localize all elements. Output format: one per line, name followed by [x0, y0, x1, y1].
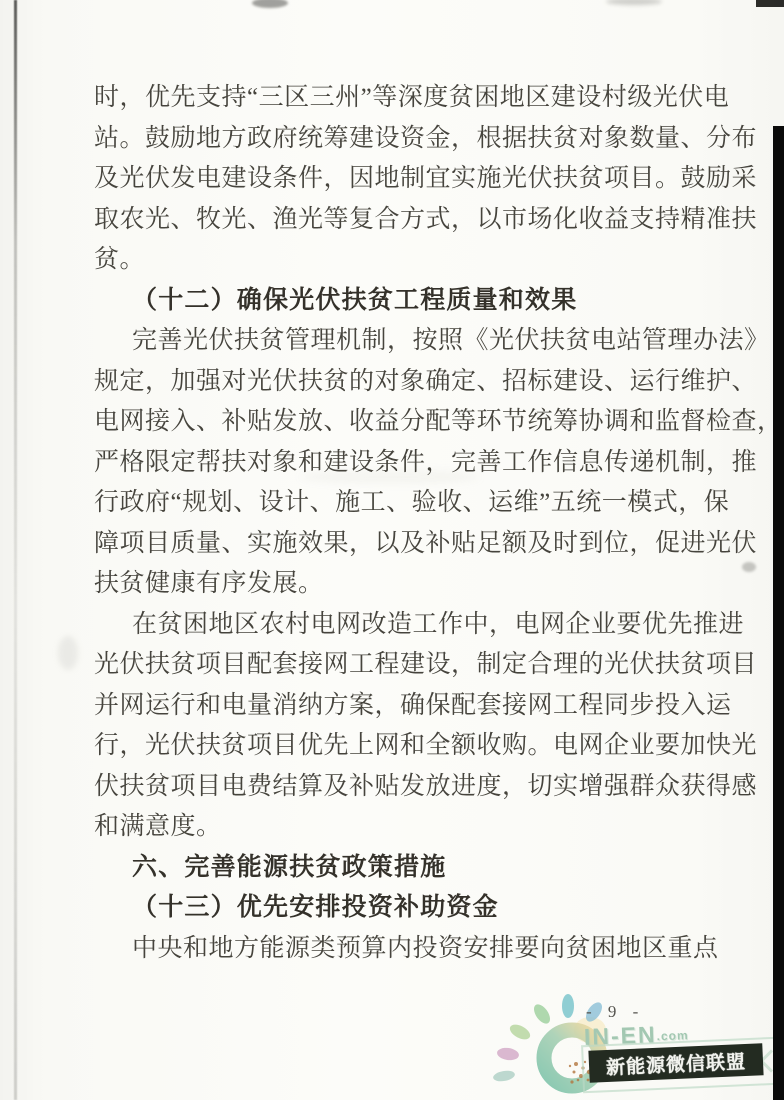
scan-smudge	[252, 0, 288, 8]
scanned-document-page: 时，优先支持“三区三州”等深度贫困地区建设村级光伏电站。鼓励地方政府统筹建设资金…	[0, 0, 784, 1100]
scan-smudge	[742, 562, 756, 572]
heading-line: （十三）优先安排投资补助资金	[94, 888, 718, 929]
text-line: 中央和地方能源类预算内投资安排要向贫困地区重点	[94, 929, 718, 970]
text-line: 光伏扶贫项目配套接网工程建设，制定合理的光伏扶贫项目	[94, 645, 718, 686]
text-line: 站。鼓励地方政府统筹建设资金，根据扶贫对象数量、分布	[94, 119, 718, 160]
scan-edge-strip	[773, 126, 784, 1100]
scan-smudge	[606, 0, 662, 5]
text-line: 伏扶贫项目电费结算及补贴发放进度，切实增强群众获得感	[94, 767, 718, 808]
text-line: 扶贫健康有序发展。	[94, 564, 718, 605]
text-line: 严格限定帮扶对象和建设条件，完善工作信息传递机制，推	[94, 443, 718, 484]
text-line: 和满意度。	[94, 807, 718, 848]
page-number: - 9 -	[586, 1002, 644, 1022]
text-line: 并网运行和电量消纳方案，确保配套接网工程同步投入运	[94, 686, 718, 727]
text-line: 电网接入、补贴发放、收益分配等环节统筹协调和监督检查，	[94, 402, 718, 443]
scan-smudge	[58, 636, 78, 670]
heading-line: （十二）确保光伏扶贫工程质量和效果	[94, 281, 718, 322]
text-line: 及光伏发电建设条件，因地制宜实施光伏扶贫项目。鼓励采	[94, 159, 718, 200]
document-text-block: 时，优先支持“三区三州”等深度贫困地区建设村级光伏电站。鼓励地方政府统筹建设资金…	[94, 78, 718, 969]
text-line: 完善光伏扶贫管理机制，按照《光伏扶贫电站管理办法》	[94, 321, 718, 362]
text-line: 取农光、牧光、渔光等复合方式，以市场化收益支持精准扶	[94, 200, 718, 241]
scan-edge-mark	[756, 0, 784, 7]
text-line: 时，优先支持“三区三州”等深度贫困地区建设村级光伏电	[94, 78, 718, 119]
text-line: 在贫困地区农村电网改造工作中，电网企业要优先推进	[94, 605, 718, 646]
text-line: 障项目质量、实施效果，以及补贴足额及时到位，促进光伏	[94, 524, 718, 565]
text-line: 行，光伏扶贫项目优先上网和全额收购。电网企业要加快光	[94, 726, 718, 767]
text-line: 贫。	[94, 240, 718, 281]
heading-line: 六、完善能源扶贫政策措施	[94, 848, 718, 889]
paper-fold-line	[14, 0, 17, 1100]
text-line: 行政府“规划、设计、施工、验收、运维”五统一模式，保	[94, 483, 718, 524]
text-line: 规定，加强对光伏扶贫的对象确定、招标建设、运行维护、	[94, 362, 718, 403]
